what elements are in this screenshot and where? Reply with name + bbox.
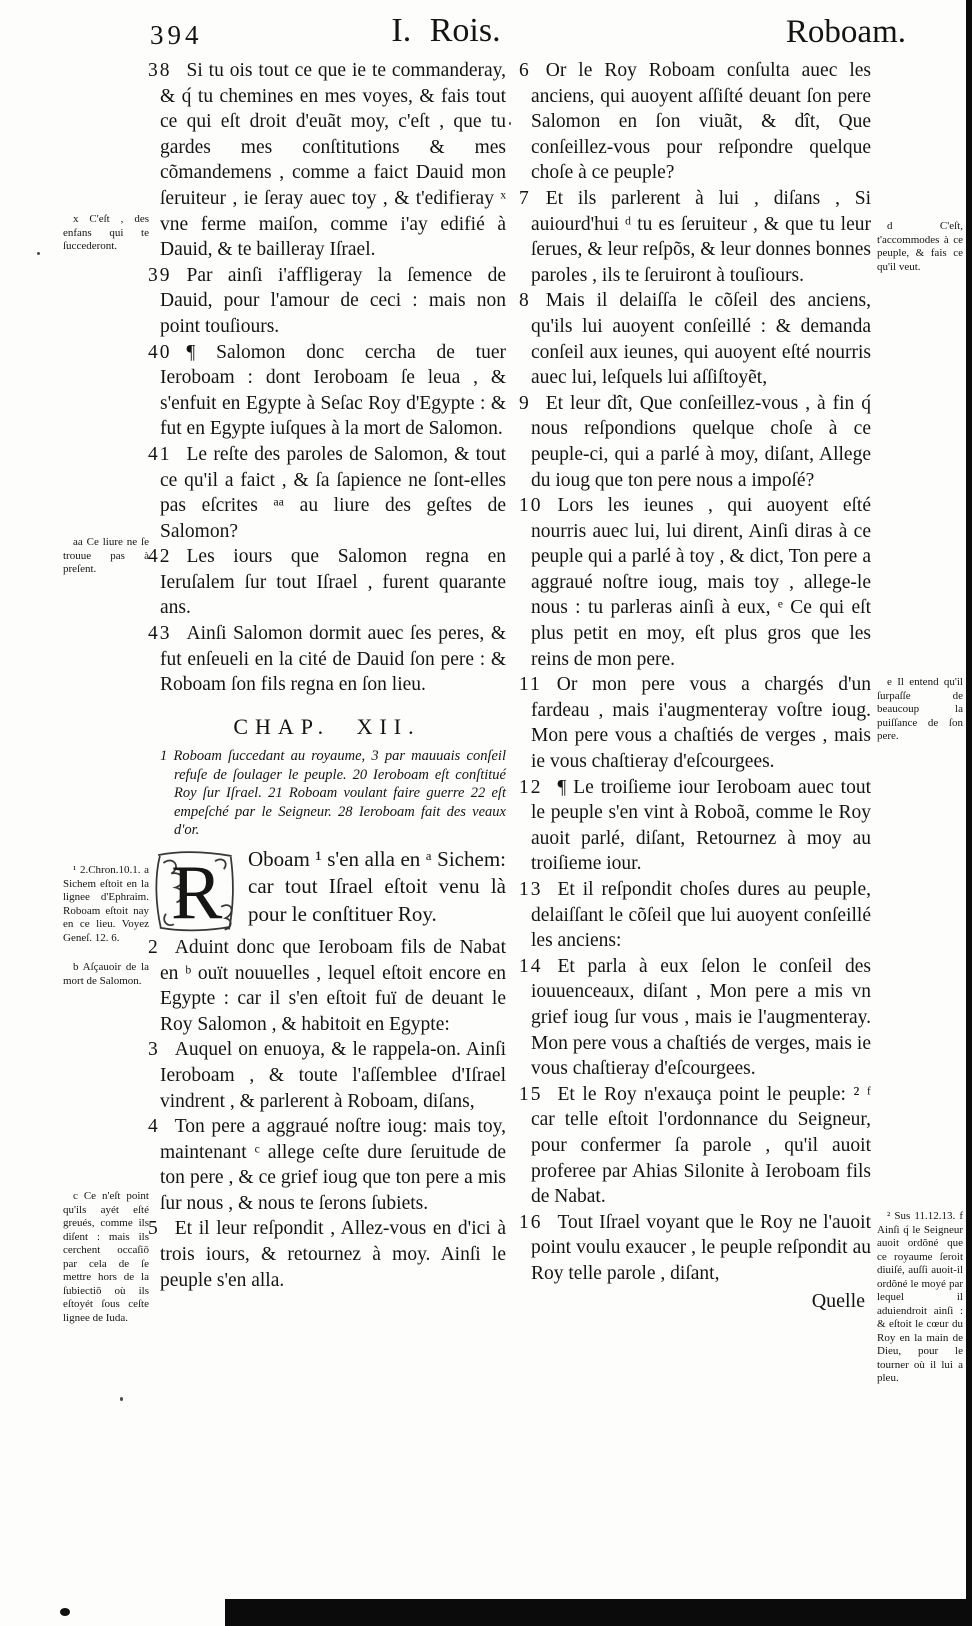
verse-6: 6Or le Roy Roboam conſulta auec les anci… — [519, 58, 871, 186]
verse-15: 15Et le Roy n'exauça point le peuple: ² … — [519, 1082, 871, 1210]
right-text-column: 6Or le Roy Roboam conſulta auec les anci… — [519, 58, 871, 1314]
verse-text: Et ils parlerent à lui , diſans , Si aui… — [531, 188, 871, 286]
verse-number: 39 — [148, 265, 172, 286]
catchword: Quelle — [519, 1289, 871, 1315]
verse-number: 2 — [148, 937, 160, 958]
verse-number: 9 — [519, 393, 531, 414]
verse-number: 38 — [148, 60, 172, 81]
verse-text: Lors les ieunes , qui auoyent eſté nourr… — [531, 495, 871, 670]
verse-text: Auquel on enuoya, & le rappela-on. Ainſi… — [160, 1039, 506, 1111]
verse-1: R Oboam ¹ s'en alla en ᵃ Sichem: car tou… — [148, 846, 506, 929]
verse-number: 10 — [519, 495, 543, 516]
verse-number: 15 — [519, 1084, 543, 1105]
verse-text: Or le Roy Roboam conſulta auec les ancie… — [531, 60, 871, 183]
verse-14: 14Et parla à eux ſelon le conſeil des io… — [519, 954, 871, 1082]
verse-38: 38Si tu ois tout ce que ie te commandera… — [148, 58, 506, 263]
verse-text: Et leur dît, Que conſeillez-vous , à fin… — [531, 393, 871, 491]
scan-speck — [120, 1397, 123, 1401]
verse-text: Ainſi Salomon dormit auec ſes peres, & f… — [160, 623, 506, 695]
verse-number: 16 — [519, 1212, 543, 1233]
verse-13: 13Et il reſpondit choſes dures au peuple… — [519, 877, 871, 954]
verse-text: Et le Roy n'exauça point le peuple: ² ᶠ … — [531, 1084, 871, 1207]
verse-9: 9Et leur dît, Que conſeillez-vous , à fi… — [519, 391, 871, 493]
verse-42: 42Les iours que Salomon regna en Ieruſal… — [148, 544, 506, 621]
verse-number: 13 — [519, 879, 543, 900]
verse-43: 43Ainſi Salomon dormit auec ſes peres, &… — [148, 621, 506, 698]
verse-text: Tout Iſrael voyant que le Roy ne l'auoit… — [531, 1212, 871, 1284]
verse-41: 41Le reſte des paroles de Salomon, & tou… — [148, 442, 506, 544]
margin-note-b: b Aſçauoir de la mort de Salomon. — [63, 961, 149, 988]
chapter-heading: CHAP. XII. — [148, 714, 506, 740]
left-text-column: 38Si tu ois tout ce que ie te commandera… — [148, 58, 506, 1293]
margin-note-aa: aa Ce liure ne ſe trouue pas à preſent. — [63, 536, 149, 577]
verse-number: 12 — [519, 777, 543, 798]
verse-3: 3Auquel on enuoya, & le rappela-on. Ainſ… — [148, 1037, 506, 1114]
margin-note-d: d C'eſt, t'accommodes à ce peuple, & fai… — [877, 220, 963, 274]
verse-text: Et il reſpondit choſes dures au peuple, … — [531, 879, 871, 951]
verse-number: 43 — [148, 623, 172, 644]
verse-number: 11 — [519, 674, 542, 695]
section-title: Roboam. — [786, 14, 906, 51]
margin-note-c: c Ce n'eſt point qu'ils ayét eſté greués… — [63, 1190, 149, 1325]
scan-edge-bottom — [225, 1599, 972, 1626]
verse-text: ¶ Salomon donc cercha de tuer Ieroboam :… — [160, 342, 506, 440]
running-title: I. Rois. — [0, 12, 892, 50]
verse-text: Or mon pere vous a chargés d'un fardeau … — [531, 674, 871, 772]
verse-10: 10Lors les ieunes , qui auoyent eſté nou… — [519, 493, 871, 672]
scan-speck — [509, 122, 511, 125]
verse-text: Oboam ¹ s'en alla en ᵃ Sichem: car tout … — [248, 847, 506, 926]
verse-text: Ton pere a aggraué noſtre ioug: mais toy… — [160, 1116, 506, 1214]
verse-39: 39Par ainſi i'affligeray la ſemence de D… — [148, 263, 506, 340]
verse-text: Aduint donc que Ieroboam fils de Nabat e… — [160, 937, 506, 1035]
verse-2: 2Aduint donc que Ieroboam fils de Nabat … — [148, 935, 506, 1037]
verse-7: 7Et ils parlerent à lui , diſans , Si au… — [519, 186, 871, 288]
verse-text: Le reſte des paroles de Salomon, & tout … — [160, 444, 506, 542]
verse-12: 12¶ Le troiſieme iour Ieroboam auec tout… — [519, 775, 871, 877]
verse-number: 6 — [519, 60, 531, 81]
verse-text: Les iours que Salomon regna en Ieruſalem… — [160, 546, 506, 618]
verse-text: Si tu ois tout ce que ie te commanderay,… — [160, 60, 506, 260]
verse-number: 42 — [148, 546, 172, 567]
dropcap-letter: R — [171, 849, 223, 933]
verse-number: 41 — [148, 444, 172, 465]
verse-number: 4 — [148, 1116, 160, 1137]
verse-4: 4Ton pere a aggraué noſtre ioug: mais to… — [148, 1114, 506, 1216]
verse-number: 8 — [519, 290, 531, 311]
scanned-bible-page: 394 I. Rois. Roboam. 38Si tu ois tout ce… — [0, 0, 972, 1626]
verse-5: 5Et il leur reſpondit , Allez-vous en d'… — [148, 1216, 506, 1293]
margin-note-1-a: ¹ 2.Chron.10.1. a Sichem eſtoit en la li… — [63, 864, 149, 945]
dropcap-initial-R: R — [148, 849, 240, 933]
verse-text: Par ainſi i'affligeray la ſemence de Dau… — [160, 265, 506, 337]
margin-note-2-f: ² Sus 11.12.13. f Ainſi q́ le Seigneur a… — [877, 1210, 963, 1386]
scan-speck — [37, 252, 40, 255]
verse-number: 7 — [519, 188, 531, 209]
chapter-summary: 1 Roboam ſuccedant au royaume, 3 par mau… — [148, 747, 506, 840]
verse-number: 3 — [148, 1039, 160, 1060]
verse-8: 8Mais il delaiſſa le cõſeil des anciens,… — [519, 288, 871, 390]
verse-16: 16Tout Iſrael voyant que le Roy ne l'auo… — [519, 1210, 871, 1287]
verse-number: 5 — [148, 1218, 160, 1239]
scan-edge-right — [966, 0, 972, 1626]
verse-text: Mais il delaiſſa le cõſeil des anciens, … — [531, 290, 871, 388]
margin-note-e: e Il entend qu'il ſurpaſſe de beaucoup l… — [877, 676, 963, 744]
verse-text: Et il leur reſpondit , Allez-vous en d'i… — [160, 1218, 506, 1290]
scan-speck — [60, 1608, 70, 1616]
verse-40: 40¶ Salomon donc cercha de tuer Ieroboam… — [148, 340, 506, 442]
verse-text: ¶ Le troiſieme iour Ieroboam auec tout l… — [531, 777, 871, 875]
verse-number: 40 — [148, 342, 172, 363]
verse-number: 14 — [519, 956, 543, 977]
verse-text: Et parla à eux ſelon le conſeil des iouu… — [531, 956, 871, 1079]
verse-11: 11Or mon pere vous a chargés d'un fardea… — [519, 672, 871, 774]
margin-note-x: x C'eſt , des enfans qui te ſuccederont. — [63, 213, 149, 254]
